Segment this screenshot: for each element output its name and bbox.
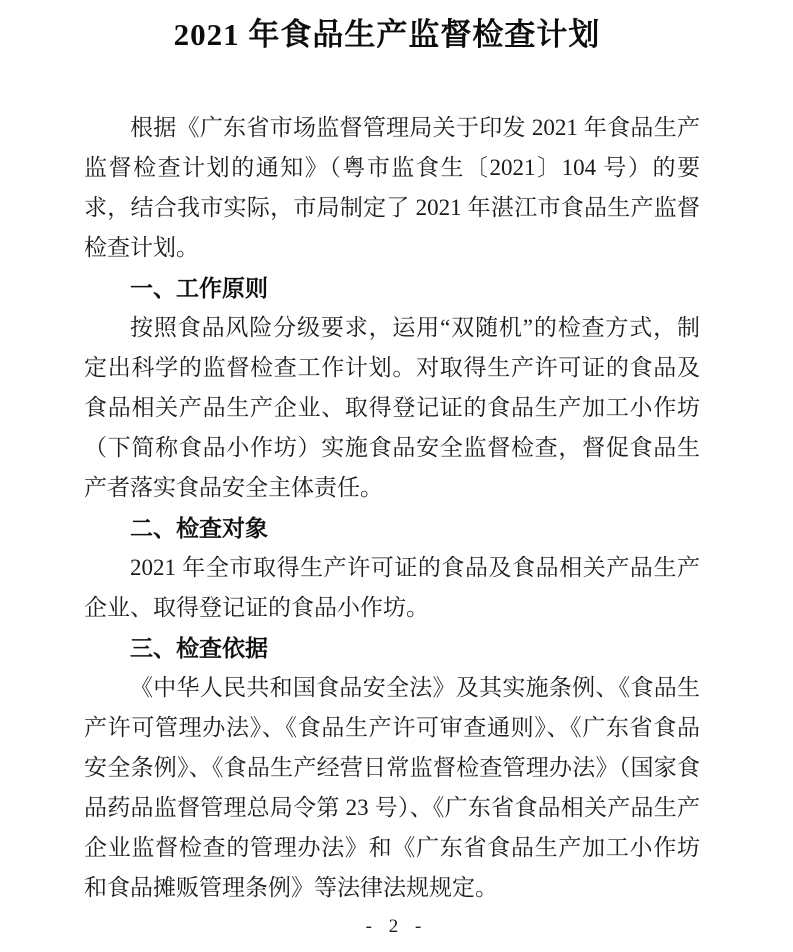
paragraph: 2021 年全市取得生产许可证的食品及食品相关产品生产企业、取得登记证的食品小作… [84,548,700,628]
document-body: 根据《广东省市场监督管理局关于印发 2021 年食品生产监督检查计划的通知》（粤… [84,108,700,908]
page-number: - 2 - [0,916,793,938]
document-page: 2021 年食品生产监督检查计划 根据《广东省市场监督管理局关于印发 2021 … [0,0,793,952]
paragraph: 根据《广东省市场监督管理局关于印发 2021 年食品生产监督检查计划的通知》（粤… [84,108,700,268]
paragraph: 《中华人民共和国食品安全法》及其实施条例、《食品生产许可管理办法》、《食品生产许… [84,668,700,908]
section-heading: 一、工作原则 [84,268,700,308]
section-heading: 二、检查对象 [84,508,700,548]
paragraph: 按照食品风险分级要求，运用“双随机”的检查方式，制定出科学的监督检查工作计划。对… [84,308,700,508]
section-heading: 三、检查依据 [84,628,700,668]
document-title: 2021 年食品生产监督检查计划 [84,14,700,56]
